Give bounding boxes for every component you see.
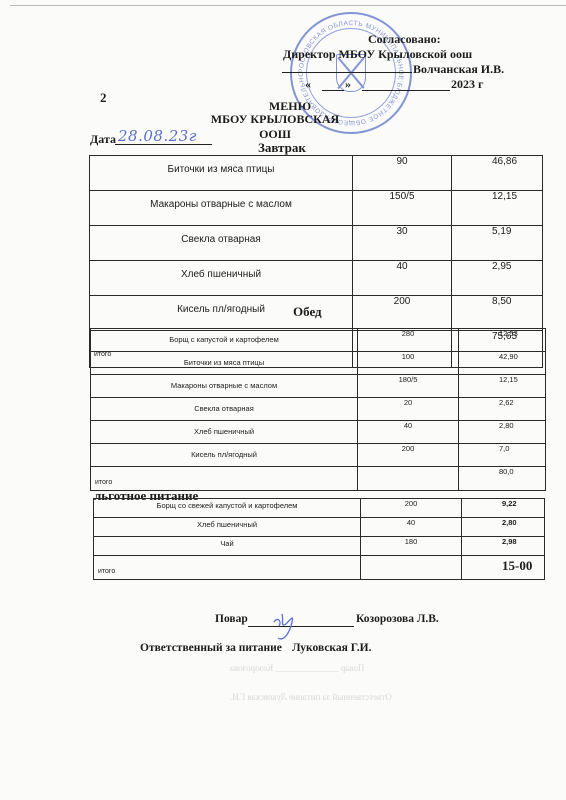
approval-date-close-quote: »: [345, 77, 351, 92]
approval-date-open-quote: «: [305, 77, 311, 92]
total-price: 15-00: [462, 556, 545, 580]
portion-size: 40: [358, 421, 459, 444]
portion-size: 180/5: [358, 375, 459, 398]
approval-position: Директор МБОУ Крыловской оош: [283, 47, 472, 62]
date-day-line: [322, 90, 344, 91]
empty-cell: [358, 467, 459, 491]
price: 8,50: [452, 296, 543, 331]
table-row: Хлеб пшеничный402,80: [91, 421, 546, 444]
page-number: 2: [100, 90, 107, 106]
total-label: итого: [94, 556, 361, 580]
bleed-through-text: Ответственный за питание Луковская Г.И.: [230, 692, 392, 702]
date-label: Дата: [90, 132, 116, 147]
approval-year: 2023 г: [451, 77, 483, 92]
portion-size: 40: [361, 518, 462, 537]
approval-name: Волчанская И.В.: [413, 62, 504, 77]
dish-name: Борщ со свежей капустой и картофелем: [94, 499, 361, 518]
price: 5,19: [452, 226, 543, 261]
portion-size: 20: [358, 398, 459, 421]
price: 12,53: [459, 329, 546, 352]
table-row: Свекла отварная202,62: [91, 398, 546, 421]
portion-size: 200: [361, 499, 462, 518]
dish-name: Свекла отварная: [90, 226, 353, 261]
table-row: Чай1802,98: [94, 537, 545, 556]
price: 12,15: [452, 191, 543, 226]
table-row: Борщ со свежей капустой и картофелем2009…: [94, 499, 545, 518]
dish-name: Биточки из мяса птицы: [90, 156, 353, 191]
price: 7,0: [459, 444, 546, 467]
portion-size: 40: [353, 261, 452, 296]
price: 2,80: [462, 518, 545, 537]
total-label: итого: [91, 467, 358, 491]
responsible-label: Ответственный за питание: [140, 642, 282, 654]
portion-size: 100: [358, 352, 459, 375]
dish-name: Свекла отварная: [91, 398, 358, 421]
signature-line: [282, 72, 412, 73]
empty-cell: [361, 556, 462, 580]
portion-size: 200: [358, 444, 459, 467]
bleed-through-text: Повар ______________ Козорозова: [230, 663, 364, 673]
page-edge: [10, 5, 566, 6]
price: 9,22: [462, 499, 545, 518]
lunch-table: Борщ с капустой и картофелем28012,53Бито…: [90, 328, 546, 491]
table-row: Хлеб пшеничный402,80: [94, 518, 545, 537]
table-row: Хлеб пшеничный402,95: [90, 261, 543, 296]
dish-name: Чай: [94, 537, 361, 556]
cook-name: Козорозова Л.В.: [356, 613, 439, 625]
portion-size: 90: [353, 156, 452, 191]
price: 2,62: [459, 398, 546, 421]
price: 42,90: [459, 352, 546, 375]
school-name: МБОУ КРЫЛОВСКАЯ ООШ: [200, 112, 350, 142]
total-price: 80,0: [459, 467, 546, 491]
table-row: Свекла отварная305,19: [90, 226, 543, 261]
cook-label: Повар: [215, 613, 248, 625]
dish-name: Макароны отварные с маслом: [90, 191, 353, 226]
portion-size: 30: [353, 226, 452, 261]
table-row: Макароны отварные с маслом150/512,15: [90, 191, 543, 226]
price: 46,86: [452, 156, 543, 191]
dish-name: Хлеб пшеничный: [90, 261, 353, 296]
dish-name: Хлеб пшеничный: [94, 518, 361, 537]
dish-name: Кисель пл/ягодный: [91, 444, 358, 467]
benefit-table: Борщ со свежей капустой и картофелем2009…: [93, 498, 545, 580]
approval-title: Согласовано:: [368, 32, 441, 47]
date-month-line: [362, 90, 450, 91]
date-underline: [115, 144, 212, 145]
dish-name: Борщ с капустой и картофелем: [91, 329, 358, 352]
responsible-name: Луковская Г.И.: [292, 642, 371, 654]
portion-size: 150/5: [353, 191, 452, 226]
dish-name: Макароны отварные с маслом: [91, 375, 358, 398]
price: 2,98: [462, 537, 545, 556]
price: 2,80: [459, 421, 546, 444]
section-title-lunch: Обед: [293, 304, 322, 320]
table-row: Кисель пл/ягодный2007,0: [91, 444, 546, 467]
dish-name: Биточки из мяса птицы: [91, 352, 358, 375]
total-row: итого80,0: [91, 467, 546, 491]
handwritten-signature-icon: [270, 608, 306, 644]
portion-size: 280: [358, 329, 459, 352]
table-row: Биточки из мяса птицы9046,86: [90, 156, 543, 191]
table-row: Биточки из мяса птицы10042,90: [91, 352, 546, 375]
table-row: Борщ с капустой и картофелем28012,53: [91, 329, 546, 352]
portion-size: 180: [361, 537, 462, 556]
price: 2,95: [452, 261, 543, 296]
total-row: итого15-00: [94, 556, 545, 580]
section-title-breakfast: Завтрак: [258, 140, 306, 156]
table-row: Макароны отварные с маслом180/512,15: [91, 375, 546, 398]
date-value-handwritten: 28.08.23г: [118, 127, 197, 145]
dish-name: Хлеб пшеничный: [91, 421, 358, 444]
portion-size: 200: [353, 296, 452, 331]
price: 12,15: [459, 375, 546, 398]
